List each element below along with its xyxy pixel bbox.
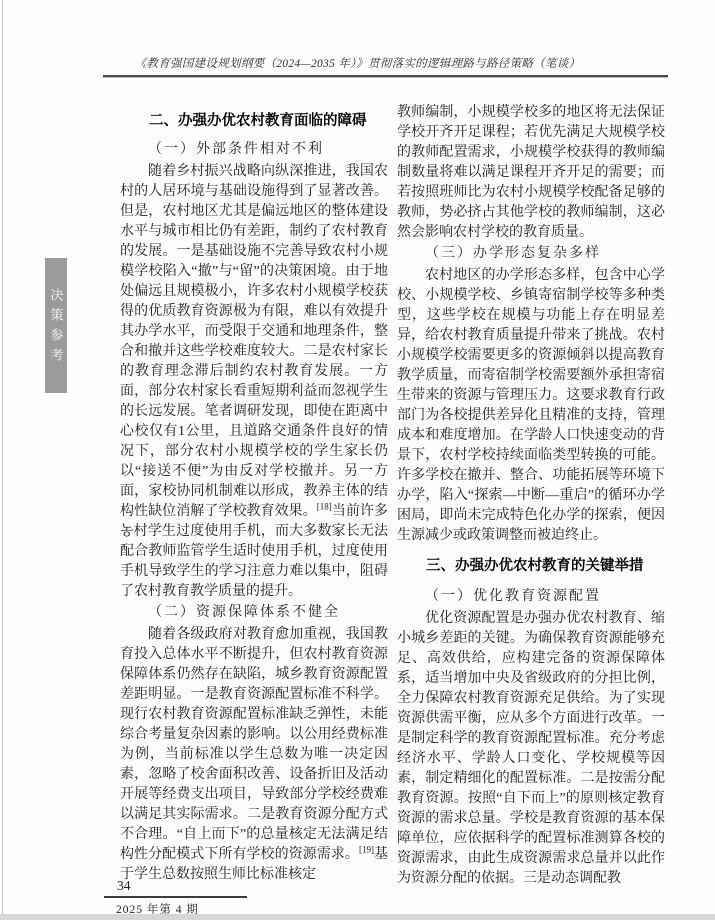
column-tab-decision-reference: 决策参考	[45, 258, 67, 393]
paragraph-text: 随着乡村振兴战略向纵深推进，我国农村的人居环境与基础设施得到了显著改善。但是，农…	[120, 164, 388, 519]
header-rule	[103, 75, 668, 78]
text-column-right: 教师编制，小规模学校多的地区将无法保证学校开齐开足课程；若优先满足大规模学校的教…	[397, 103, 665, 889]
paragraph-continuation: 教师编制，小规模学校多的地区将无法保证学校开齐开足课程；若优先满足大规模学校的教…	[397, 103, 665, 243]
footer-rule	[104, 896, 247, 898]
footnote-ref-18: [18]	[317, 501, 332, 511]
section-heading-3: 三、办强办优农村教育的关键举措	[397, 556, 665, 576]
paragraph: 随着各级政府对教育愈加重视，我国教育投入总体水平不断提升，但农村教育资源保障体系…	[120, 625, 388, 885]
paragraph: 农村地区的办学形态多样，包含中心学校、小规模学校、乡镇寄宿制学校等多种类型，这些…	[397, 266, 665, 546]
running-head-title: 《教育强国建设规划纲要（2024—2035 年）》贯彻落实的逻辑理路与路径策略（…	[80, 55, 635, 71]
paragraph: 随着乡村振兴战略向纵深推进，我国农村的人居环境与基础设施得到了显著改善。但是，农…	[120, 162, 388, 602]
section-heading-2: 二、办强办优农村教育面临的障碍	[120, 111, 388, 131]
paragraph-text: 随着各级政府对教育愈加重视，我国教育投入总体水平不断提升，但农村教育资源保障体系…	[120, 627, 388, 862]
text-column-left: 二、办强办优农村教育面临的障碍 （一）外部条件相对不利 随着乡村振兴战略向纵深推…	[120, 103, 388, 885]
paragraph: 优化资源配置是办强办优农村教育、缩小城乡差距的关键。为确保教育资源能够充足、高效…	[397, 609, 665, 889]
subsection-heading-2: （二）资源保障体系不健全	[120, 603, 388, 623]
journal-page: 《教育强国建设规划纲要（2024—2035 年）》贯彻落实的逻辑理路与路径策略（…	[0, 0, 715, 920]
subsection-heading-3: （三）办学形态复杂多样	[397, 244, 665, 264]
page-number: 34	[117, 878, 131, 894]
page-bottom-edge	[0, 914, 715, 920]
subsection-heading-1: （一）外部条件相对不利	[120, 140, 388, 160]
footnote-ref-19: [19]	[359, 844, 374, 854]
subsection-heading-4: （一）优化教育资源配置	[397, 587, 665, 607]
page-left-edge	[2, 0, 3, 920]
